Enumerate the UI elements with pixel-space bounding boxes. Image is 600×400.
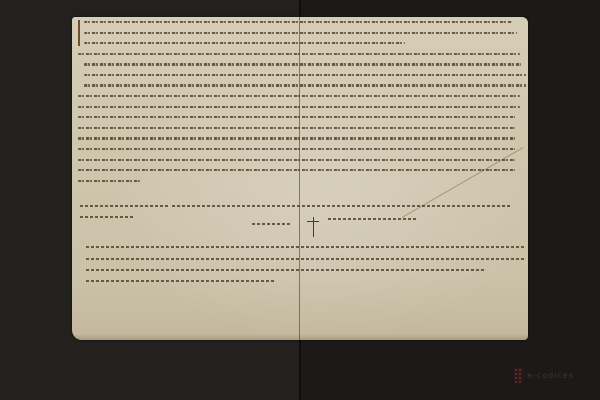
parchment-charter: [72, 17, 528, 340]
signum-label: [252, 223, 292, 225]
script-line: [84, 84, 526, 86]
script-line: [78, 53, 520, 55]
script-line: [84, 74, 526, 76]
witness-line: [80, 205, 170, 207]
signum-label: [328, 218, 418, 220]
script-line: [84, 21, 512, 23]
script-line: [78, 137, 515, 139]
watermark-text: e-codices: [527, 371, 574, 380]
closing-line: [86, 246, 526, 248]
witness-line: [80, 216, 135, 218]
script-line: [78, 95, 520, 97]
dotted-grid-icon: [514, 368, 523, 383]
closing-line: [86, 258, 526, 260]
watermark-logo: e-codices: [514, 368, 574, 383]
witness-line: [172, 205, 512, 207]
script-line: [78, 116, 515, 118]
charter-body-text: [78, 21, 524, 190]
script-line: [78, 127, 515, 129]
script-line: [78, 106, 520, 108]
script-line: [84, 42, 405, 44]
closing-line: [86, 269, 486, 271]
cross-signum-icon: [313, 217, 314, 237]
script-line: [78, 169, 515, 171]
script-line: [78, 159, 515, 161]
closing-line: [86, 280, 276, 282]
script-line: [78, 180, 140, 182]
script-line: [78, 148, 515, 150]
script-line: [84, 32, 517, 34]
script-line: [84, 63, 521, 65]
cross-signum-icon-bar: [307, 221, 319, 222]
